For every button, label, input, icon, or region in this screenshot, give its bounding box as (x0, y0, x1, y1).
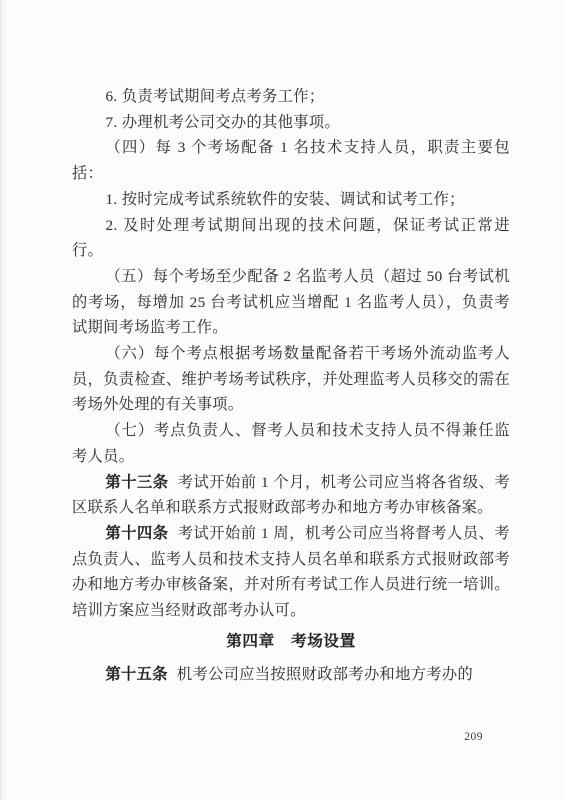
article-14-number: 第十四条 (105, 525, 177, 542)
article-14-paragraph: 第十四条考试开始前 1 周，机考公司应当将督考人员、考点负责人、监考人员和技术支… (72, 521, 510, 624)
clause-text: （四）每 3 个考场配备 1 名技术支持人员，职责主要包括： (72, 139, 510, 182)
clause-5-paragraph: （五）每个考场至少配备 2 名监考人员（超过 50 台考试机的考场，每增加 25… (72, 264, 510, 341)
clause-4-paragraph: （四）每 3 个考场配备 1 名技术支持人员，职责主要包括： (72, 135, 510, 186)
article-15-paragraph: 第十五条机考公司应当按照财政部考办和地方考办的 (72, 662, 510, 688)
list-item-text: 7. 办理机考公司交办的其他事项。 (105, 114, 340, 131)
clause-7-paragraph: （七）考点负责人、督考人员和技术支持人员不得兼任监考人员。 (72, 418, 510, 469)
clause-6-paragraph: （六）每个考点根据考场数量配备若干考场外流动监考人员，负责检查、维护考场考试秩序… (72, 341, 510, 418)
list-item-7: 7. 办理机考公司交办的其他事项。 (72, 110, 510, 136)
list-item-6: 6. 负责考试期间考点考务工作； (72, 84, 510, 110)
page-number: 209 (464, 731, 483, 743)
document-body: 6. 负责考试期间考点考务工作； 7. 办理机考公司交办的其他事项。 （四）每 … (72, 84, 510, 688)
list-item-text: 2. 及时处理考试期间出现的技术问题，保证考试正常进行。 (72, 217, 510, 260)
clause-text: （六）每个考点根据考场数量配备若干考场外流动监考人员，负责检查、维护考场考试秩序… (72, 345, 510, 413)
sub-item-2: 2. 及时处理考试期间出现的技术问题，保证考试正常进行。 (72, 213, 510, 264)
scanned-document-page: 6. 负责考试期间考点考务工作； 7. 办理机考公司交办的其他事项。 （四）每 … (0, 0, 566, 800)
chapter-heading: 第四章 考场设置 (72, 629, 510, 655)
clause-text: （七）考点负责人、督考人员和技术支持人员不得兼任监考人员。 (72, 422, 510, 465)
article-15-number: 第十五条 (105, 666, 176, 683)
article-13-number: 第十三条 (105, 474, 177, 491)
article-text: 机考公司应当按照财政部考办和地方考办的 (177, 666, 473, 683)
list-item-text: 6. 负责考试期间考点考务工作； (105, 88, 324, 105)
clause-text: （五）每个考场至少配备 2 名监考人员（超过 50 台考试机的考场，每增加 25… (72, 268, 510, 336)
article-13-paragraph: 第十三条考试开始前 1 个月，机考公司应当将各省级、考区联系人名单和联系方式报财… (72, 470, 510, 521)
list-item-text: 1. 按时完成考试系统软件的安装、调试和试考工作； (105, 191, 464, 208)
sub-item-1: 1. 按时完成考试系统软件的安装、调试和试考工作； (72, 187, 510, 213)
